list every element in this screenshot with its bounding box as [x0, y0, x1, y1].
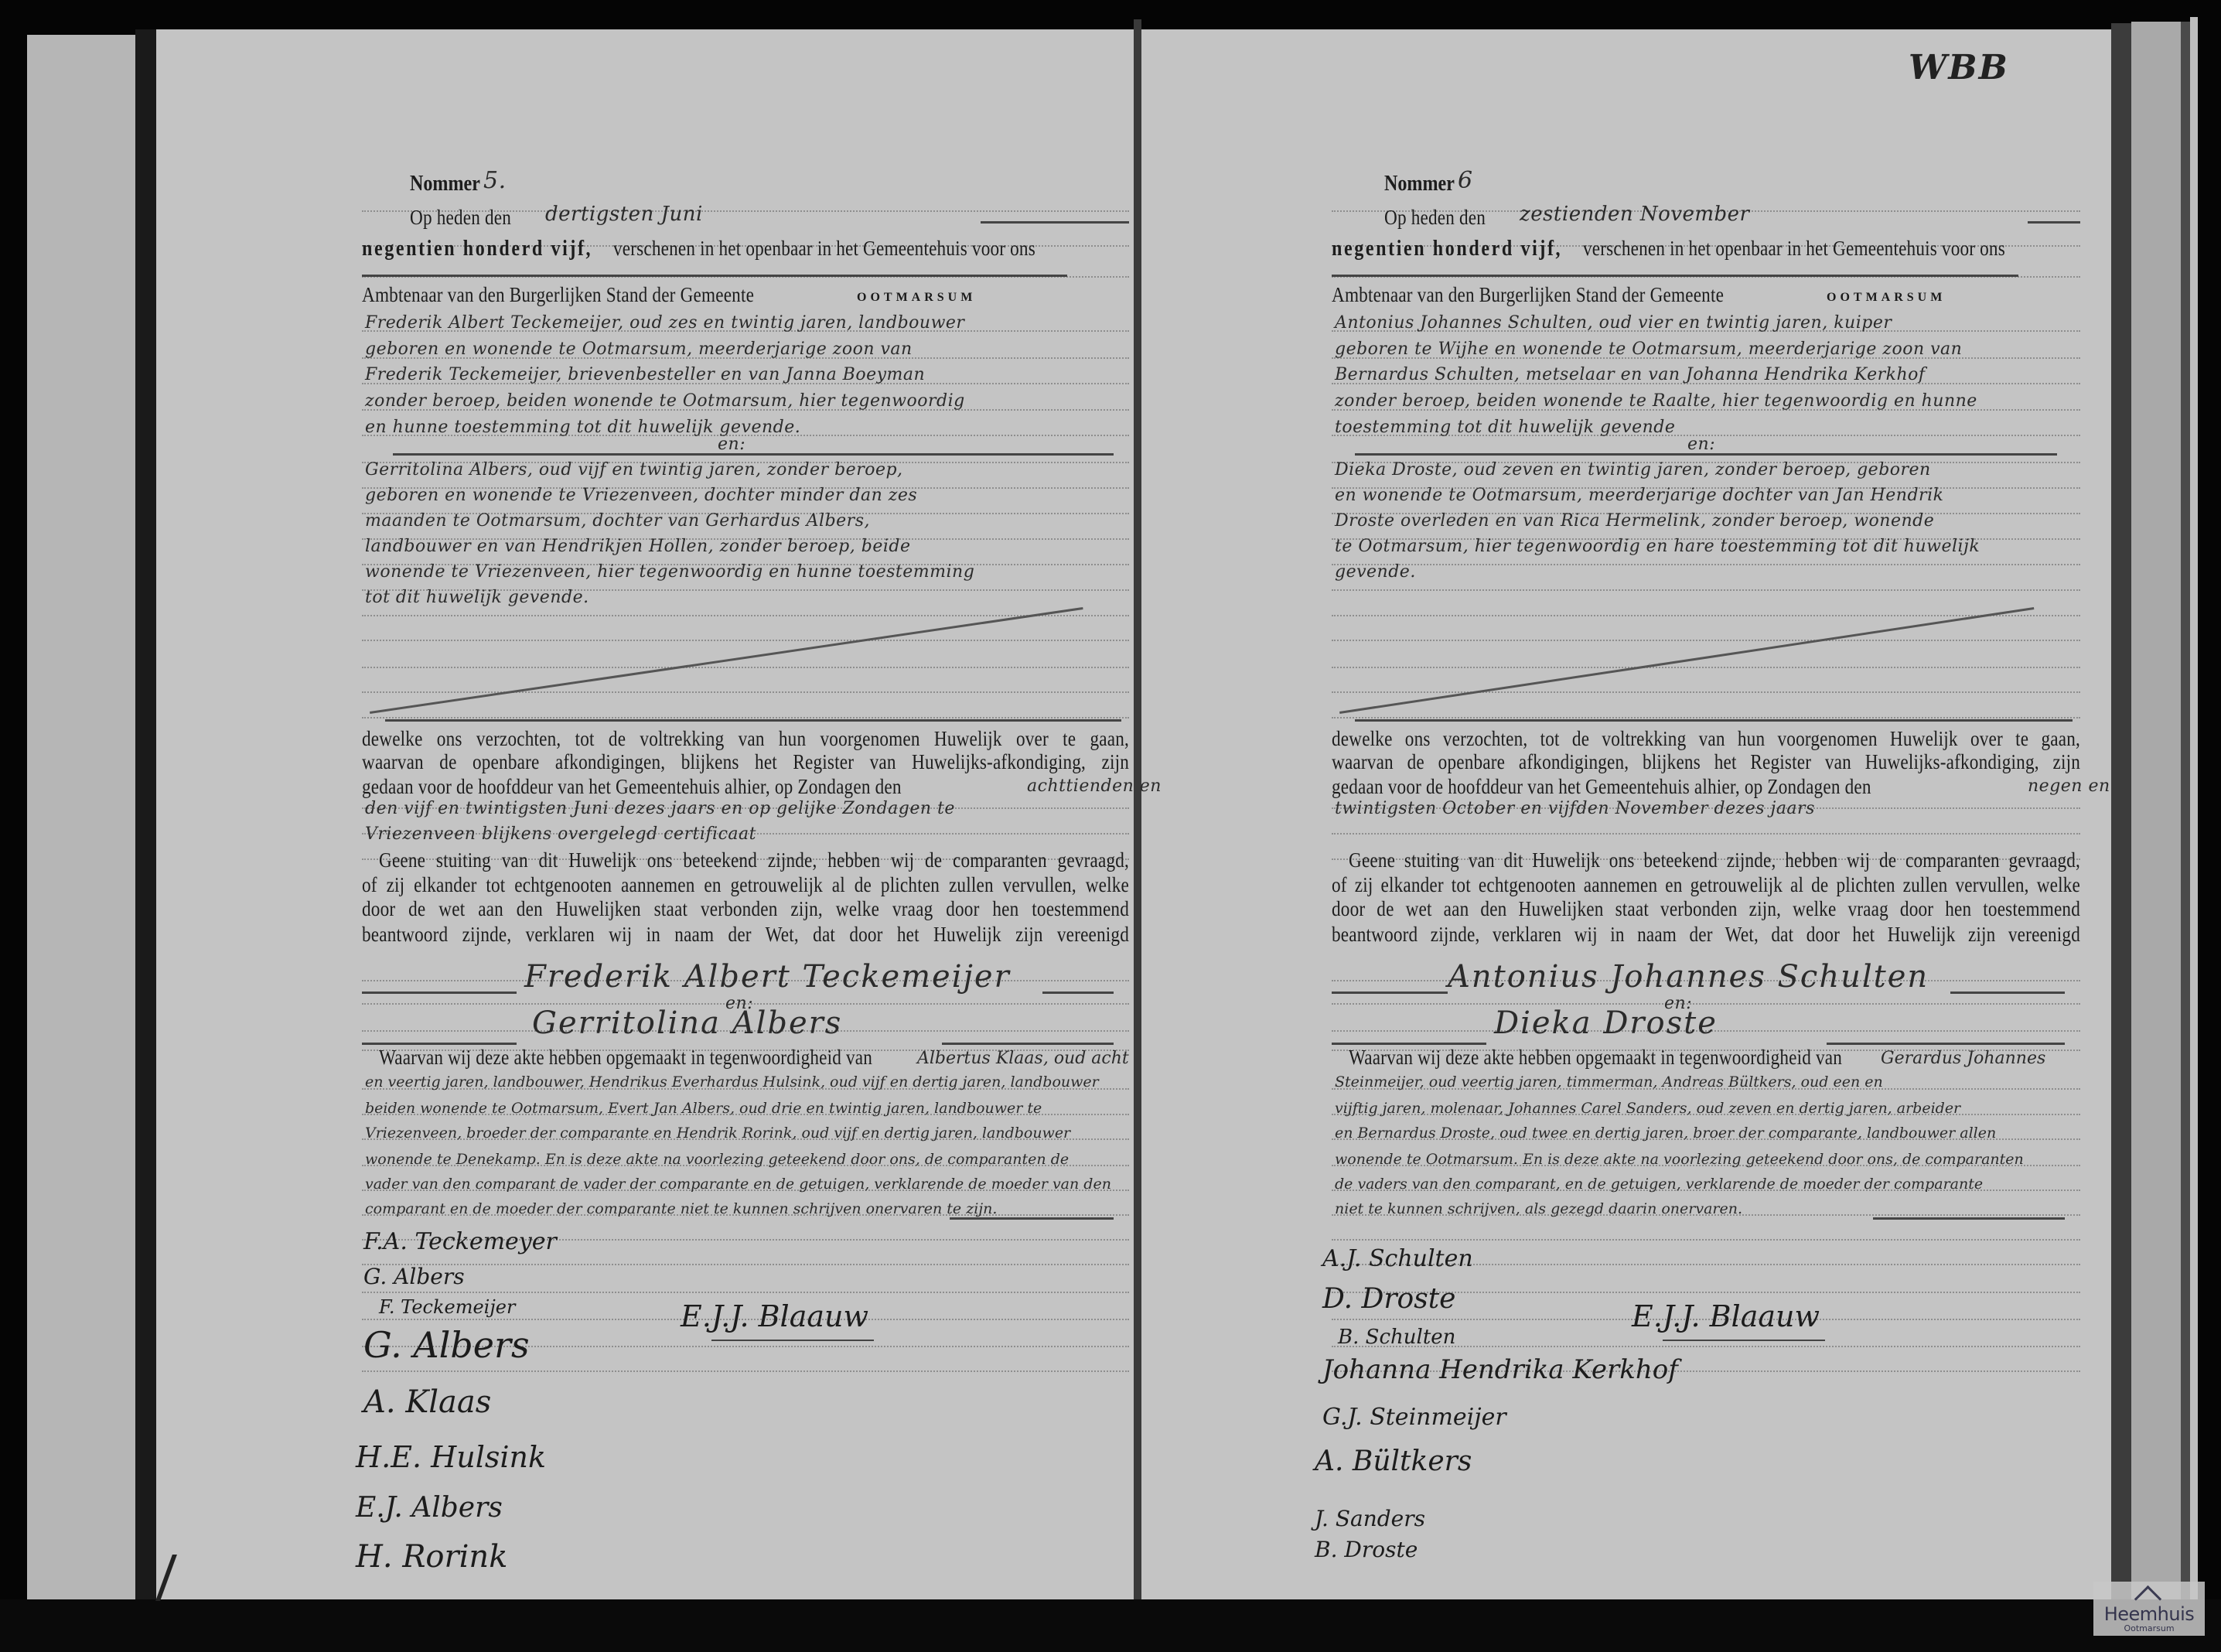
bride-line: tot dit huwelijk gevende. — [365, 588, 589, 607]
witness-line: en Bernardus Droste, oud twee en dertig … — [1335, 1125, 1996, 1142]
ruled-line — [362, 1292, 1129, 1293]
witness-line: de vaders van den comparant, en de getui… — [1335, 1176, 1983, 1193]
signature: A.J. Schulten — [1322, 1245, 1473, 1272]
signature: A. Klaas — [363, 1384, 491, 1420]
municipality-name: OOTMARSUM — [1827, 291, 1946, 305]
signature: B. Schulten — [1338, 1326, 1455, 1349]
signature: H.E. Hulsink — [356, 1440, 546, 1474]
fill-rule — [942, 1043, 1114, 1045]
book-edge-right — [2131, 22, 2181, 1607]
bride-line: Dieka Droste, oud zeven en twintig jaren… — [1335, 460, 1931, 480]
dewelke-text: dewelke ons verzochten, tot de voltrekki… — [1332, 727, 2080, 751]
fill-rule — [362, 992, 517, 994]
united-bride-name: Dieka Droste — [1494, 1005, 1718, 1041]
op-heden-label: Op heden den — [1384, 206, 1486, 230]
signature: B. Droste — [1315, 1537, 1418, 1562]
gedaan-text: gedaan voor de hoofddeur van het Gemeent… — [1332, 775, 1871, 799]
signature: A. Bültkers — [1315, 1445, 1472, 1477]
waarvan-text: waarvan de openbare afkondigingen, blijk… — [1332, 750, 2080, 774]
fill-rule — [1042, 992, 1114, 994]
form-rule — [1332, 275, 2018, 277]
ruled-line — [362, 717, 1129, 718]
signature-flourish — [1663, 1340, 1825, 1341]
op-heden-label: Op heden den — [410, 206, 511, 230]
en-separator: en: — [1687, 435, 1715, 454]
ruled-line — [1332, 589, 2080, 591]
groom-line: geboren en wonende te Ootmarsum, meerder… — [365, 340, 913, 359]
ruled-line — [1332, 640, 2080, 641]
signature: F. Teckemeijer — [379, 1296, 515, 1318]
ambtenaar-text: Ambtenaar van den Burgerlijken Stand der… — [362, 283, 754, 307]
verschenen-text: verschenen in het openbaar in het Gemeen… — [613, 237, 1129, 261]
dewelke-text: dewelke ons verzochten, tot de voltrekki… — [362, 727, 1129, 751]
signature: D. Droste — [1322, 1283, 1455, 1315]
groom-line: Antonius Johannes Schulten, oud vier en … — [1335, 313, 1892, 333]
ruled-line — [1332, 564, 2080, 565]
gedaan-text: gedaan voor de hoofddeur van het Gemeent… — [362, 775, 902, 799]
form-rule — [1355, 719, 2073, 722]
publication-sundays-line: Vriezenveen blijkens overgelegd certific… — [365, 824, 756, 844]
ruled-line — [1332, 717, 2080, 718]
waarvan-text: waarvan de openbare afkondigingen, blijk… — [362, 750, 1129, 774]
groom-line: zonder beroep, beiden wonende te Ootmars… — [365, 391, 965, 411]
of-zij-text: of zij elkander tot echtgenooten aanneme… — [362, 873, 1129, 897]
signature: G.J. Steinmeijer — [1322, 1404, 1506, 1431]
fill-rule — [1950, 992, 2065, 994]
ruled-line — [362, 1264, 1129, 1265]
witness-line: Steinmeijer, oud veertig jaren, timmerma… — [1335, 1073, 1883, 1091]
book-edge-left — [27, 35, 135, 1605]
geene-text: Geene stuiting van dit Huwelijk ons bete… — [379, 848, 1129, 872]
bride-line: te Ootmarsum, hier tegenwoordig en hare … — [1335, 537, 1980, 556]
groom-line: Frederik Albert Teckemeijer, oud zes en … — [365, 313, 964, 333]
record-date: dertigsten Juni — [545, 203, 703, 226]
ruled-line — [362, 1370, 1129, 1372]
ruled-line — [362, 667, 1129, 668]
united-bride-name: Gerritolina Albers — [532, 1005, 842, 1041]
united-groom-name: Antonius Johannes Schulten — [1448, 959, 1929, 995]
bride-line: geboren en wonende te Vriezenveen, docht… — [365, 486, 917, 505]
waarvan-akte-text: Waarvan wij deze akte hebben opgemaakt i… — [379, 1046, 872, 1070]
official-signature: E.J.J. Blaauw — [681, 1299, 868, 1333]
publication-sundays-line: achttienden en — [1027, 777, 1162, 796]
geene-text: Geene stuiting van dit Huwelijk ons bete… — [1349, 848, 2080, 872]
signature: E.J. Albers — [356, 1492, 503, 1524]
logo-name: Heemhuis — [2093, 1603, 2205, 1625]
fill-rule — [362, 1043, 517, 1045]
book-gutter — [1134, 19, 1141, 1613]
ambtenaar-text: Ambtenaar van den Burgerlijken Stand der… — [1332, 283, 1724, 307]
signature: G. Albers — [363, 1324, 530, 1366]
signature-flourish — [711, 1340, 874, 1341]
witness-line: niet te kunnen schrijven, als gezegd daa… — [1335, 1200, 1742, 1217]
form-rule — [362, 275, 1067, 277]
en-separator: en: — [718, 435, 745, 454]
ruled-line — [1332, 1003, 2080, 1005]
beantwoord-text: beantwoord zijnde, verklaren wij in naam… — [362, 923, 1129, 947]
witness-line: Albertus Klaas, oud acht — [917, 1049, 1129, 1068]
groom-line: geboren te Wijhe en wonende te Ootmarsum… — [1335, 340, 1962, 359]
witness-line: wonende te Ootmarsum. En is deze akte na… — [1335, 1151, 2024, 1168]
publication-sundays-line: negen en — [2028, 777, 2110, 796]
scanned-register-spread: WBB Nommer5.Op heden dendertigsten Junin… — [0, 0, 2221, 1652]
fill-rule — [1332, 992, 1448, 994]
groom-line: Bernardus Schulten, metselaar en van Joh… — [1335, 365, 1926, 384]
heemhuis-logo: Heemhuis Ootmarsum — [2093, 1582, 2205, 1636]
ruled-line — [1332, 691, 2080, 693]
record-date: zestienden November — [1520, 203, 1749, 226]
fill-rule — [393, 453, 1114, 456]
door-de_wet-text: door de wet aan den Huwelijken staat ver… — [362, 897, 1129, 921]
municipality-name: OOTMARSUM — [857, 291, 976, 305]
fill-rule — [981, 221, 1129, 224]
book-edge-line — [2181, 22, 2190, 1607]
logo-subtitle: Ootmarsum — [2093, 1623, 2205, 1633]
of-zij-text: of zij elkander tot echtgenooten aanneme… — [1332, 873, 2080, 897]
binding-band-left — [135, 29, 156, 1611]
fill-rule — [1827, 1043, 2065, 1045]
groom-line: Frederik Teckemeijer, brievenbesteller e… — [365, 365, 925, 384]
witness-line: Gerardus Johannes — [1881, 1049, 2045, 1068]
publication-sundays-line: den vijf en twintigsten Juni dezes jaars… — [365, 799, 955, 818]
bride-line: Droste overleden en van Rica Hermelink, … — [1335, 511, 1934, 531]
signature: H. Rorink — [356, 1539, 507, 1575]
groom-line: toestemming tot dit huwelijk gevende — [1335, 418, 1675, 437]
official-signature: E.J.J. Blaauw — [1632, 1299, 1820, 1333]
signature: Johanna Hendrika Kerkhof — [1322, 1354, 1678, 1385]
archive-stamp: WBB — [1909, 48, 2009, 87]
year-text: negentien honderd vijf, — [1332, 237, 1562, 261]
bride-line: en wonende te Ootmarsum, meerderjarige d… — [1335, 486, 1943, 505]
book-edge-thin — [2190, 17, 2198, 1610]
signature: F.A. Teckemeyer — [363, 1228, 557, 1255]
fill-rule — [1332, 1043, 1486, 1045]
door-de_wet-text: door de wet aan den Huwelijken staat ver… — [1332, 897, 2080, 921]
verschenen-text: verschenen in het openbaar in het Gemeen… — [1583, 237, 2080, 261]
binding-band-right — [2111, 23, 2131, 1609]
form-rule — [385, 719, 1121, 722]
signature: J. Sanders — [1315, 1506, 1425, 1531]
ruled-line — [1332, 1239, 2080, 1241]
ruled-line — [1332, 833, 2080, 835]
witness-line: wonende te Denekamp. En is deze akte na … — [365, 1151, 1069, 1168]
fill-rule — [950, 1217, 1114, 1220]
bride-line: maanden te Ootmarsum, dochter van Gerhar… — [365, 511, 870, 531]
groom-line: zonder beroep, beiden wonende te Raalte,… — [1335, 391, 1977, 411]
ruled-line — [362, 691, 1129, 693]
beantwoord-text: beantwoord zijnde, verklaren wij in naam… — [1332, 923, 2080, 947]
ruled-line — [1332, 667, 2080, 668]
witness-line: en veertig jaren, landbouwer, Hendrikus … — [365, 1073, 1099, 1091]
nommer-label: Nommer — [1384, 172, 1455, 196]
witness-line: beiden wonende te Ootmarsum, Evert Jan A… — [365, 1100, 1042, 1117]
signature: G. Albers — [363, 1264, 465, 1289]
united-groom-name: Frederik Albert Teckemeijer — [524, 959, 1011, 995]
witness-line: Vriezenveen, broeder der comparante en H… — [365, 1125, 1070, 1142]
fill-rule — [1873, 1217, 2065, 1220]
witness-line: vijftig jaren, molenaar, Johannes Carel … — [1335, 1100, 1960, 1117]
record-number: 6 — [1458, 167, 1473, 194]
bride-line: Gerritolina Albers, oud vijf en twintig … — [365, 460, 903, 480]
bride-line: gevende. — [1335, 562, 1416, 582]
waarvan-akte-text: Waarvan wij deze akte hebben opgemaakt i… — [1349, 1046, 1842, 1070]
fill-rule — [2028, 221, 2080, 224]
scan-bottom-shadow — [0, 1599, 2221, 1652]
publication-sundays-line: twintigsten October en vijfden November … — [1335, 799, 1815, 818]
witness-line: comparant en de moeder der comparante ni… — [365, 1200, 997, 1217]
witness-line: vader van den comparant de vader der com… — [365, 1176, 1111, 1193]
year-text: negentien honderd vijf, — [362, 237, 592, 261]
bride-line: wonende te Vriezenveen, hier tegenwoordi… — [365, 562, 974, 582]
ruled-line — [362, 615, 1129, 616]
ruled-line — [362, 640, 1129, 641]
record-number: 5. — [483, 167, 507, 194]
bride-line: landbouwer en van Hendrikjen Hollen, zon… — [365, 537, 910, 556]
nommer-label: Nommer — [410, 172, 480, 196]
